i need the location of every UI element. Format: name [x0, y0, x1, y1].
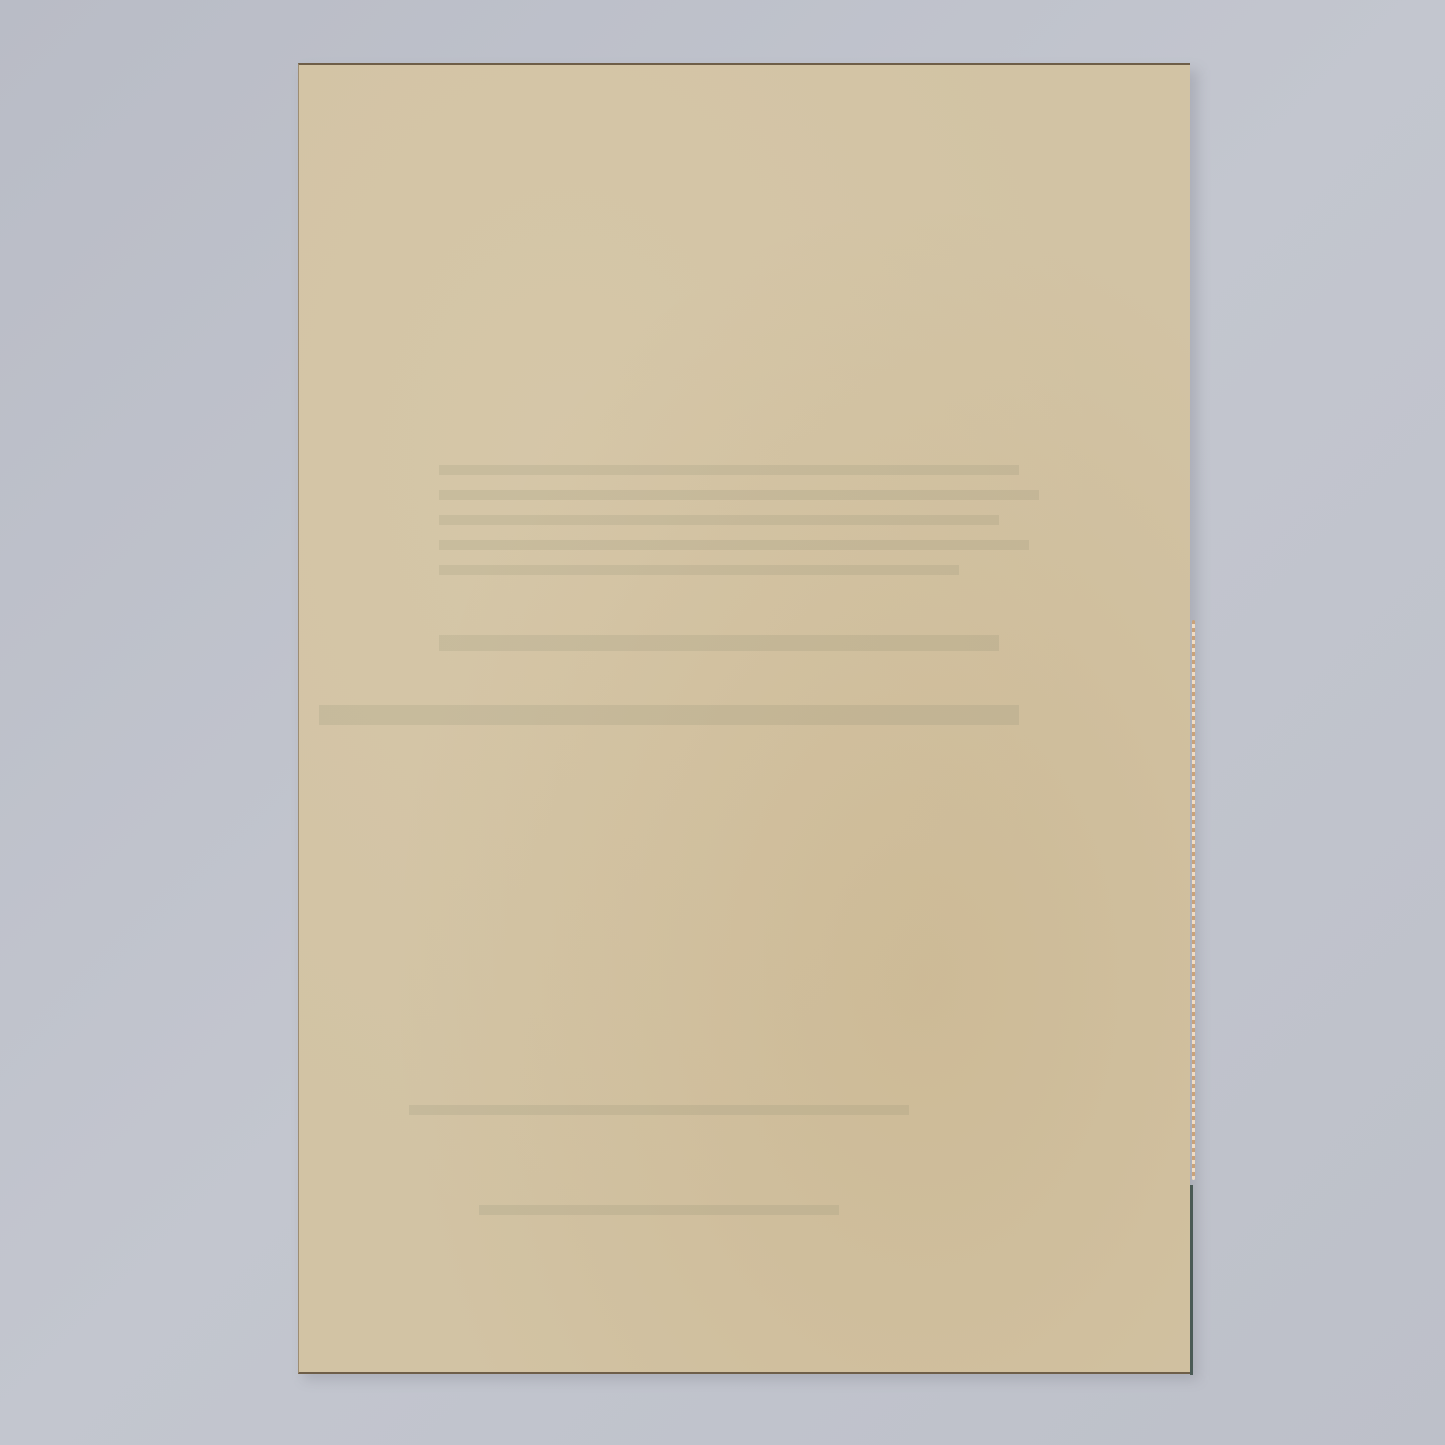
show-through-paragraph	[409, 1105, 909, 1115]
show-through-paragraph	[479, 1205, 839, 1215]
card-back	[298, 63, 1190, 1374]
card-spine-edge	[1190, 1185, 1193, 1375]
show-through-paragraph	[439, 540, 1029, 550]
show-through-band	[319, 705, 1019, 725]
show-through-paragraph	[439, 465, 1019, 475]
show-through-paragraph	[439, 490, 1039, 500]
show-through-paragraph	[439, 515, 999, 525]
binding-string	[1192, 620, 1195, 1180]
show-through-paragraph	[439, 635, 999, 651]
show-through-paragraph	[439, 565, 959, 575]
